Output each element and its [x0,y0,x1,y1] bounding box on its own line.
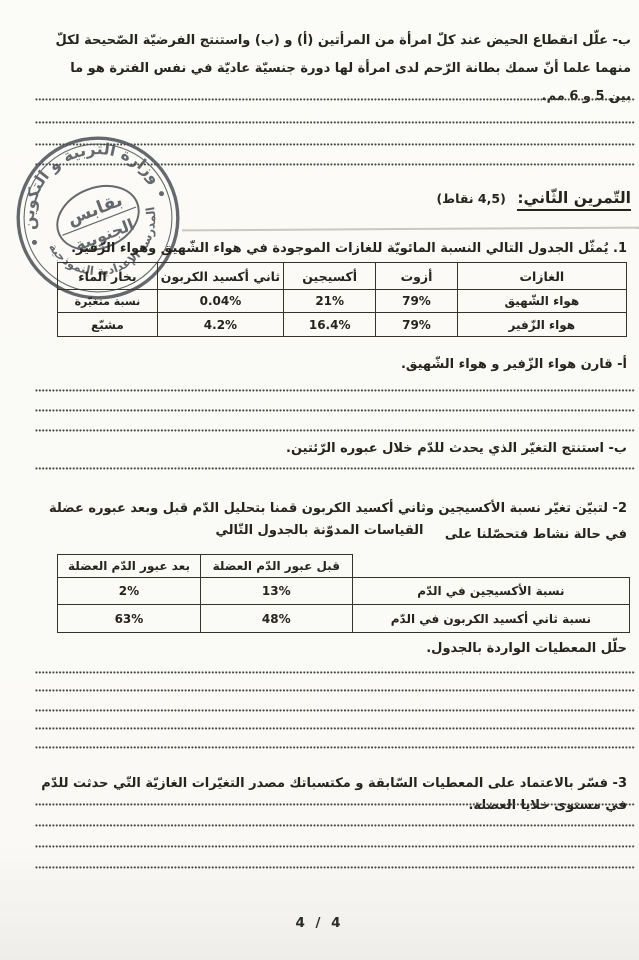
separator-line [182,227,639,231]
table1-cell: 0.04% [157,290,283,313]
table2-corner-cell [352,555,629,578]
table2-row-co2: نسبة ثاني أكسيد الكربون في الدّم 48% 63% [58,605,630,633]
table1-cell: 4.2% [157,313,283,337]
table1: الغازات أزوت أكسيجين ثاني أكسيد الكربون … [57,262,627,337]
answer-dotted-line [35,709,635,712]
q2-text-line1: 2- لتبيّن تغيّر نسبة الأكسيجين وثاني أكس… [35,496,627,548]
exercise2-points: (4,5 نقاط) [436,191,505,206]
answer-dotted-line [35,746,635,749]
answer-dotted-line [35,389,635,392]
answer-dotted-line [35,866,635,869]
q1a-text: أ- قارن هواء الزّفير و هواء الشّهيق. [401,357,627,372]
q2-text-line2: القياسات المدوّنة بالجدول التّالي [35,523,604,538]
answer-dotted-line [35,689,635,692]
table1-cell: 79% [376,313,457,337]
answer-dotted-line [35,824,635,827]
table1-header-oxygen: أكسيجين [284,263,376,290]
table1-cell: مشبّع [58,313,158,337]
table2-cell: نسبة الأكسيجين في الدّم [352,578,629,605]
table1-row-exhaled: هواء الزّفير 79% 16.4% 4.2% مشبّع [58,313,627,337]
table1-cell: 21% [284,290,376,313]
analyze-prompt-text: حلّل المعطيات الواردة بالجدول. [426,641,627,656]
q3-text: 3- فسّر بالاعتماد على المعطيات السّابقة … [20,773,627,817]
table1-cell: هواء الزّفير [457,313,626,337]
page-number: 4 / 4 [0,915,639,931]
answer-dotted-line [35,429,635,432]
table2-header-after: بعد عبور الدّم العضلة [58,555,201,578]
table2-cell: 2% [58,578,201,605]
table1-header-row: الغازات أزوت أكسيجين ثاني أكسيد الكربون … [58,263,627,290]
answer-dotted-line [35,467,635,470]
table1-header-water-vapor: بخار الماء [58,263,158,290]
table1-cell: 16.4% [284,313,376,337]
answer-dotted-line [35,727,635,730]
q1b-text: ب- استنتج التغيّر الذي يحدث للدّم خلال ع… [286,441,627,456]
table1-header-co2: ثاني أكسيد الكربون [157,263,283,290]
table2-cell: 13% [200,578,352,605]
blood-table: قبل عبور الدّم العضلة بعد عبور الدّم الع… [57,554,630,633]
table2-header-row: قبل عبور الدّم العضلة بعد عبور الدّم الع… [58,555,630,578]
exercise2-title: التّمرين الثّاني: [517,189,631,211]
table2-cell: 48% [200,605,352,633]
table1-row-inhaled: هواء الشّهيق 79% 21% 0.04% نسبة متغيّرة [58,290,627,313]
table1-header-azote: أزوت [376,263,457,290]
answer-dotted-line [35,409,635,412]
table1-cell: 79% [376,290,457,313]
table2-cell: نسبة ثاني أكسيد الكربون في الدّم [352,605,629,633]
answer-dotted-line [35,671,635,674]
table2-row-oxygen: نسبة الأكسيجين في الدّم 13% 2% [58,578,630,605]
table2-cell: 63% [58,605,201,633]
table2: قبل عبور الدّم العضلة بعد عبور الدّم الع… [57,554,630,633]
answer-dotted-line [35,98,635,101]
exercise2-heading: التّمرين الثّاني: (4,5 نقاط) [436,188,631,211]
table1-header-gases: الغازات [457,263,626,290]
table2-header-before: قبل عبور الدّم العضلة [200,555,352,578]
answer-dotted-line [35,845,635,848]
gases-table: الغازات أزوت أكسيجين ثاني أكسيد الكربون … [57,262,627,337]
table1-cell: نسبة متغيّرة [58,290,158,313]
answer-dotted-line [35,803,635,806]
q1-intro-text: 1. يُمثّل الجدول التالي النسبة المائويّة… [35,238,627,260]
table1-cell: هواء الشّهيق [457,290,626,313]
